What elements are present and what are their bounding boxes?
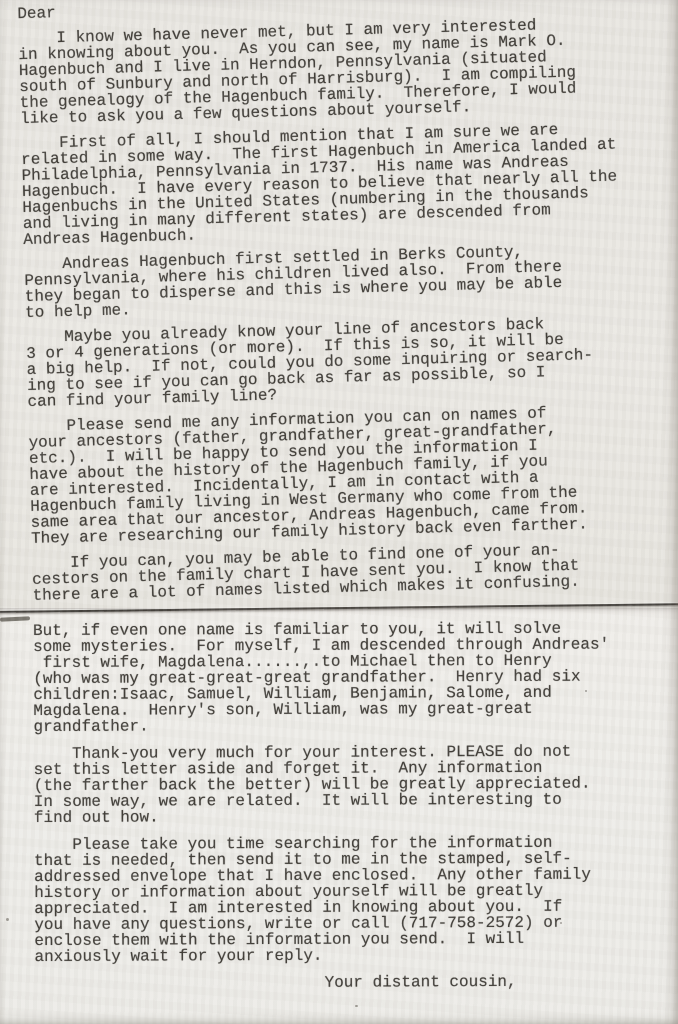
closing: Your distant cousin, — [325, 973, 665, 990]
letter-sheet-2-paragraphs: But, if even one name is familiar to you… — [33, 620, 664, 965]
paper-speck — [560, 922, 562, 924]
paper-speck — [6, 918, 9, 921]
letter-line: find out how. — [34, 807, 664, 826]
paragraph: First of all, I should mention that I am… — [21, 119, 664, 248]
paper-speck — [355, 1005, 358, 1007]
letter-sheet-1-text: Dear I know we have never met, but I am … — [17, 0, 672, 604]
paragraph: I know we have never met, but I am very … — [18, 14, 660, 127]
letter-sheet-1-paragraphs: I know we have never met, but I am very … — [18, 14, 673, 604]
letter-line: anxiously wait for your reply. — [34, 946, 664, 965]
letter-sheet-1: Dear I know we have never met, but I am … — [0, 0, 678, 608]
paragraph: But, if even one name is familiar to you… — [33, 620, 663, 735]
paragraph: Thank-you very much for your interest. P… — [34, 743, 664, 826]
paragraph: Please take you time searching for the i… — [34, 834, 665, 965]
closing-row: Your distant cousin, — [35, 973, 665, 992]
paragraph: Maybe you already know your line of ance… — [26, 313, 668, 410]
letter-line: grandfather. — [33, 716, 663, 735]
paragraph: If you can, you may be able to find one … — [32, 539, 673, 604]
paragraph: Please send me any information you can o… — [28, 402, 671, 547]
scanned-letter: Dear I know we have never met, but I am … — [0, 0, 678, 1024]
letter-sheet-2: But, if even one name is familiar to you… — [0, 608, 678, 1024]
paper-speck — [585, 690, 587, 692]
letter-sheet-2-text: But, if even one name is familiar to you… — [33, 620, 665, 992]
paragraph: Andreas Hagenbuch first settled in Berks… — [24, 240, 665, 321]
